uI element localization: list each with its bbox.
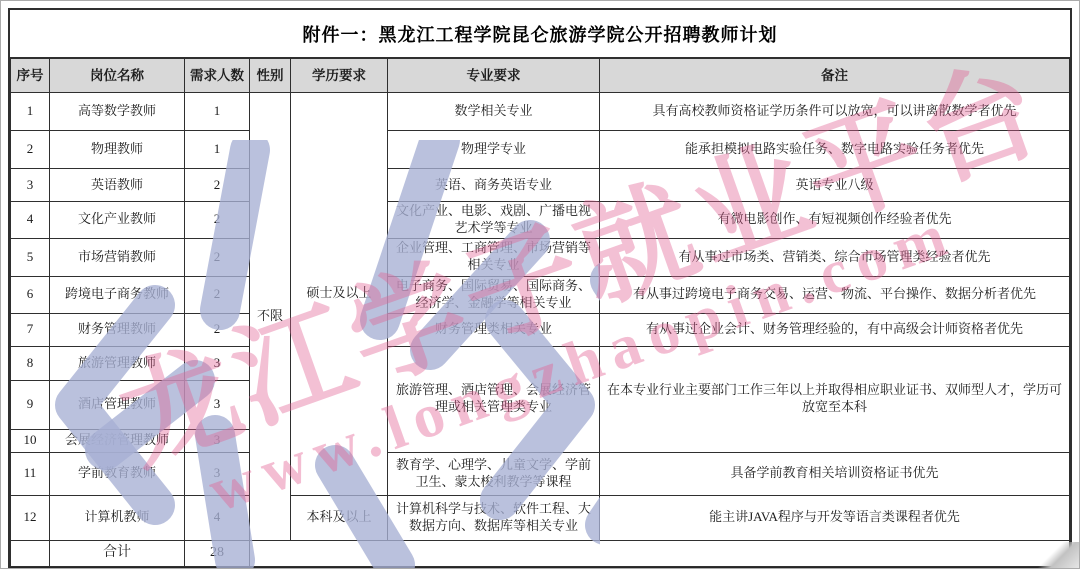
cell-position: 财务管理教师 [50,313,185,346]
col-header-headcount: 需求人数 [185,59,250,93]
cell-position: 英语教师 [50,169,185,202]
cell-notes: 有从事过企业会计、财务管理经验的，有中高级会计师资格者优先 [600,313,1070,346]
page-corner-fold [1029,542,1079,568]
cell-major: 财务管理类相关专业 [388,313,600,346]
recruitment-plan-document: 附件一：黑龙江工程学院昆仑旅游学院公开招聘教师计划 序号 岗位名称 需求人数 性… [8,8,1072,569]
cell-notes: 有从事过跨境电子商务交易、运营、物流、平台操作、数据分析者优先 [600,276,1070,313]
cell-major: 企业管理、工商管理、市场营销等相关专业 [388,238,600,276]
total-label: 合计 [50,540,185,566]
cell-no: 7 [11,313,50,346]
title-band: 附件一：黑龙江工程学院昆仑旅游学院公开招聘教师计划 [10,10,1070,58]
cell-empty-merged [250,540,1070,566]
cell-major: 文化产业、电影、戏剧、广播电视艺术学等专业 [388,202,600,239]
col-header-no: 序号 [11,59,50,93]
cell-position: 计算机教师 [50,495,185,540]
cell-position: 物理教师 [50,131,185,169]
cell-notes: 有微电影创作、有短视频创作经验者优先 [600,202,1070,239]
page-title: 附件一：黑龙江工程学院昆仑旅游学院公开招聘教师计划 [303,21,778,47]
table-row: 7 财务管理教师 2 财务管理类相关专业 有从事过企业会计、财务管理经验的，有中… [11,313,1070,346]
cell-no: 2 [11,131,50,169]
col-header-gender: 性别 [250,59,291,93]
cell-headcount: 3 [185,346,250,380]
cell-headcount: 3 [185,380,250,429]
cell-position: 高等数学教师 [50,93,185,131]
cell-education-bachelor: 本科及以上 [291,495,388,540]
cell-major: 英语、商务英语专业 [388,169,600,202]
table-row: 1 高等数学教师 1 不限 硕士及以上 数学相关专业 具有高校教师资格证学历条件… [11,93,1070,131]
cell-notes: 具备学前教育相关培训资格证书优先 [600,452,1070,495]
cell-notes: 英语专业八级 [600,169,1070,202]
cell-no: 6 [11,276,50,313]
cell-notes: 有从事过市场类、营销类、综合市场管理类经验者优先 [600,238,1070,276]
cell-notes: 能主讲JAVA程序与开发等语言类课程者优先 [600,495,1070,540]
cell-headcount: 2 [185,276,250,313]
table-row: 2 物理教师 1 物理学专业 能承担模拟电路实验任务、数字电路实验任务者优先 [11,131,1070,169]
cell-major: 教育学、心理学、儿童文学、学前卫生、蒙太梭利教学等课程 [388,452,600,495]
cell-major: 电子商务、国际贸易、国际商务、经济学、金融学等相关专业 [388,276,600,313]
cell-notes: 具有高校教师资格证学历条件可以放宽，可以讲离散数学者优先 [600,93,1070,131]
col-header-position: 岗位名称 [50,59,185,93]
cell-position: 学前教育教师 [50,452,185,495]
cell-position: 旅游管理教师 [50,346,185,380]
cell-education-master-merged: 硕士及以上 [291,93,388,496]
table-row: 4 文化产业教师 2 文化产业、电影、戏剧、广播电视艺术学等专业 有微电影创作、… [11,202,1070,239]
cell-empty [11,540,50,566]
cell-headcount: 3 [185,452,250,495]
cell-gender-merged: 不限 [250,93,291,541]
cell-headcount: 3 [185,429,250,452]
cell-position: 跨境电子商务教师 [50,276,185,313]
table-row: 11 学前教育教师 3 教育学、心理学、儿童文学、学前卫生、蒙太梭利教学等课程 … [11,452,1070,495]
cell-no: 3 [11,169,50,202]
cell-no: 9 [11,380,50,429]
cell-position: 酒店管理教师 [50,380,185,429]
table-row: 5 市场营销教师 2 企业管理、工商管理、市场营销等相关专业 有从事过市场类、营… [11,238,1070,276]
table-row: 3 英语教师 2 英语、商务英语专业 英语专业八级 [11,169,1070,202]
cell-headcount: 2 [185,202,250,239]
cell-major: 数学相关专业 [388,93,600,131]
cell-major: 物理学专业 [388,131,600,169]
cell-notes-merged: 在本专业行业主要部门工作三年以上并取得相应职业证书、双师型人才，学历可放宽至本科 [600,346,1070,452]
cell-major: 计算机科学与技术、软件工程、大数据方向、数据库等相关专业 [388,495,600,540]
table-row: 8 旅游管理教师 3 旅游管理、酒店管理、会展经济管理或相关管理类专业 在本专业… [11,346,1070,380]
col-header-education: 学历要求 [291,59,388,93]
cell-headcount: 1 [185,131,250,169]
total-row: 合计 28 [11,540,1070,566]
table-row: 6 跨境电子商务教师 2 电子商务、国际贸易、国际商务、经济学、金融学等相关专业… [11,276,1070,313]
total-value: 28 [185,540,250,566]
cell-no: 12 [11,495,50,540]
cell-no: 11 [11,452,50,495]
table-row: 12 计算机教师 4 本科及以上 计算机科学与技术、软件工程、大数据方向、数据库… [11,495,1070,540]
cell-headcount: 4 [185,495,250,540]
cell-headcount: 2 [185,169,250,202]
cell-no: 8 [11,346,50,380]
col-header-notes: 备注 [600,59,1070,93]
col-header-major: 专业要求 [388,59,600,93]
cell-position: 文化产业教师 [50,202,185,239]
cell-major-merged: 旅游管理、酒店管理、会展经济管理或相关管理类专业 [388,346,600,452]
cell-notes: 能承担模拟电路实验任务、数字电路实验任务者优先 [600,131,1070,169]
cell-position: 会展经济管理教师 [50,429,185,452]
cell-headcount: 2 [185,238,250,276]
cell-no: 5 [11,238,50,276]
cell-no: 4 [11,202,50,239]
recruitment-table: 序号 岗位名称 需求人数 性别 学历要求 专业要求 备注 1 高等数学教师 1 … [10,58,1070,567]
cell-headcount: 1 [185,93,250,131]
header-row: 序号 岗位名称 需求人数 性别 学历要求 专业要求 备注 [11,59,1070,93]
cell-headcount: 2 [185,313,250,346]
cell-no: 10 [11,429,50,452]
cell-position: 市场营销教师 [50,238,185,276]
cell-no: 1 [11,93,50,131]
